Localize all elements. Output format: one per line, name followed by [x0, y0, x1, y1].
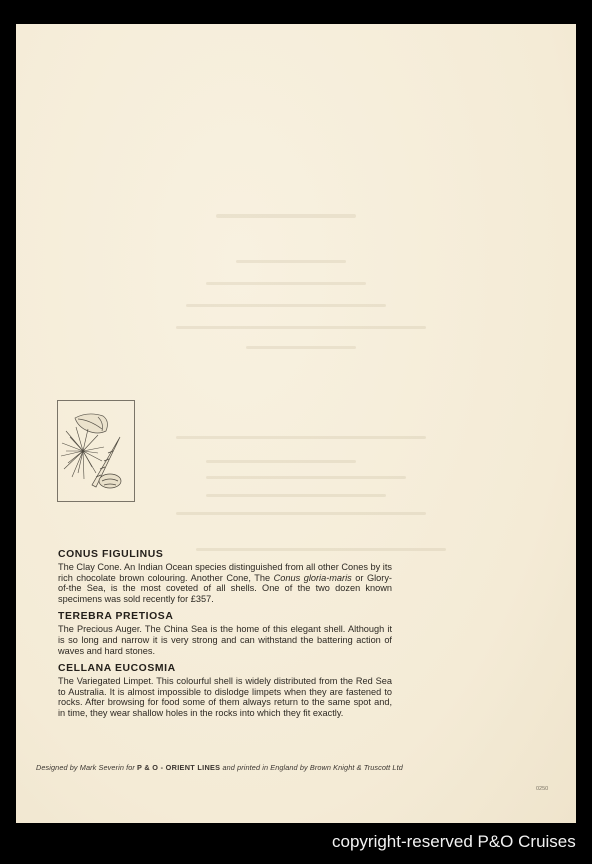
entry-heading: CONUS FIGULINUS [58, 548, 392, 561]
limpet-shell-icon [99, 474, 121, 488]
entry-description: The Variegated Limpet. This colourful sh… [58, 676, 392, 718]
sea-urchin-icon [61, 427, 104, 479]
entry-description: The Clay Cone. An Indian Ocean species d… [58, 562, 392, 604]
brand-name: P & O - ORIENT LINES [137, 763, 220, 772]
entry-terebra-pretiosa: TEREBRA PRETIOSA The Precious Auger. The… [58, 610, 392, 656]
document-page: CONUS FIGULINUS The Clay Cone. An Indian… [16, 24, 576, 823]
print-code: 0250 [536, 786, 548, 792]
entry-heading: CELLANA EUCOSMIA [58, 662, 392, 675]
entry-heading: TEREBRA PRETIOSA [58, 610, 392, 623]
shell-entries: CONUS FIGULINUS The Clay Cone. An Indian… [58, 548, 392, 725]
copyright-watermark: copyright-reserved P&O Cruises [332, 832, 576, 852]
entry-conus-figulinus: CONUS FIGULINUS The Clay Cone. An Indian… [58, 548, 392, 604]
shell-illustration [57, 400, 135, 502]
species-name-italic: Conus gloria-maris [274, 573, 352, 583]
entry-cellana-eucosmia: CELLANA EUCOSMIA The Variegated Limpet. … [58, 662, 392, 718]
entry-description: The Precious Auger. The China Sea is the… [58, 624, 392, 656]
designer-credit: Designed by Mark Severin for P & O - ORI… [36, 763, 403, 772]
cone-shell-icon [75, 414, 107, 433]
